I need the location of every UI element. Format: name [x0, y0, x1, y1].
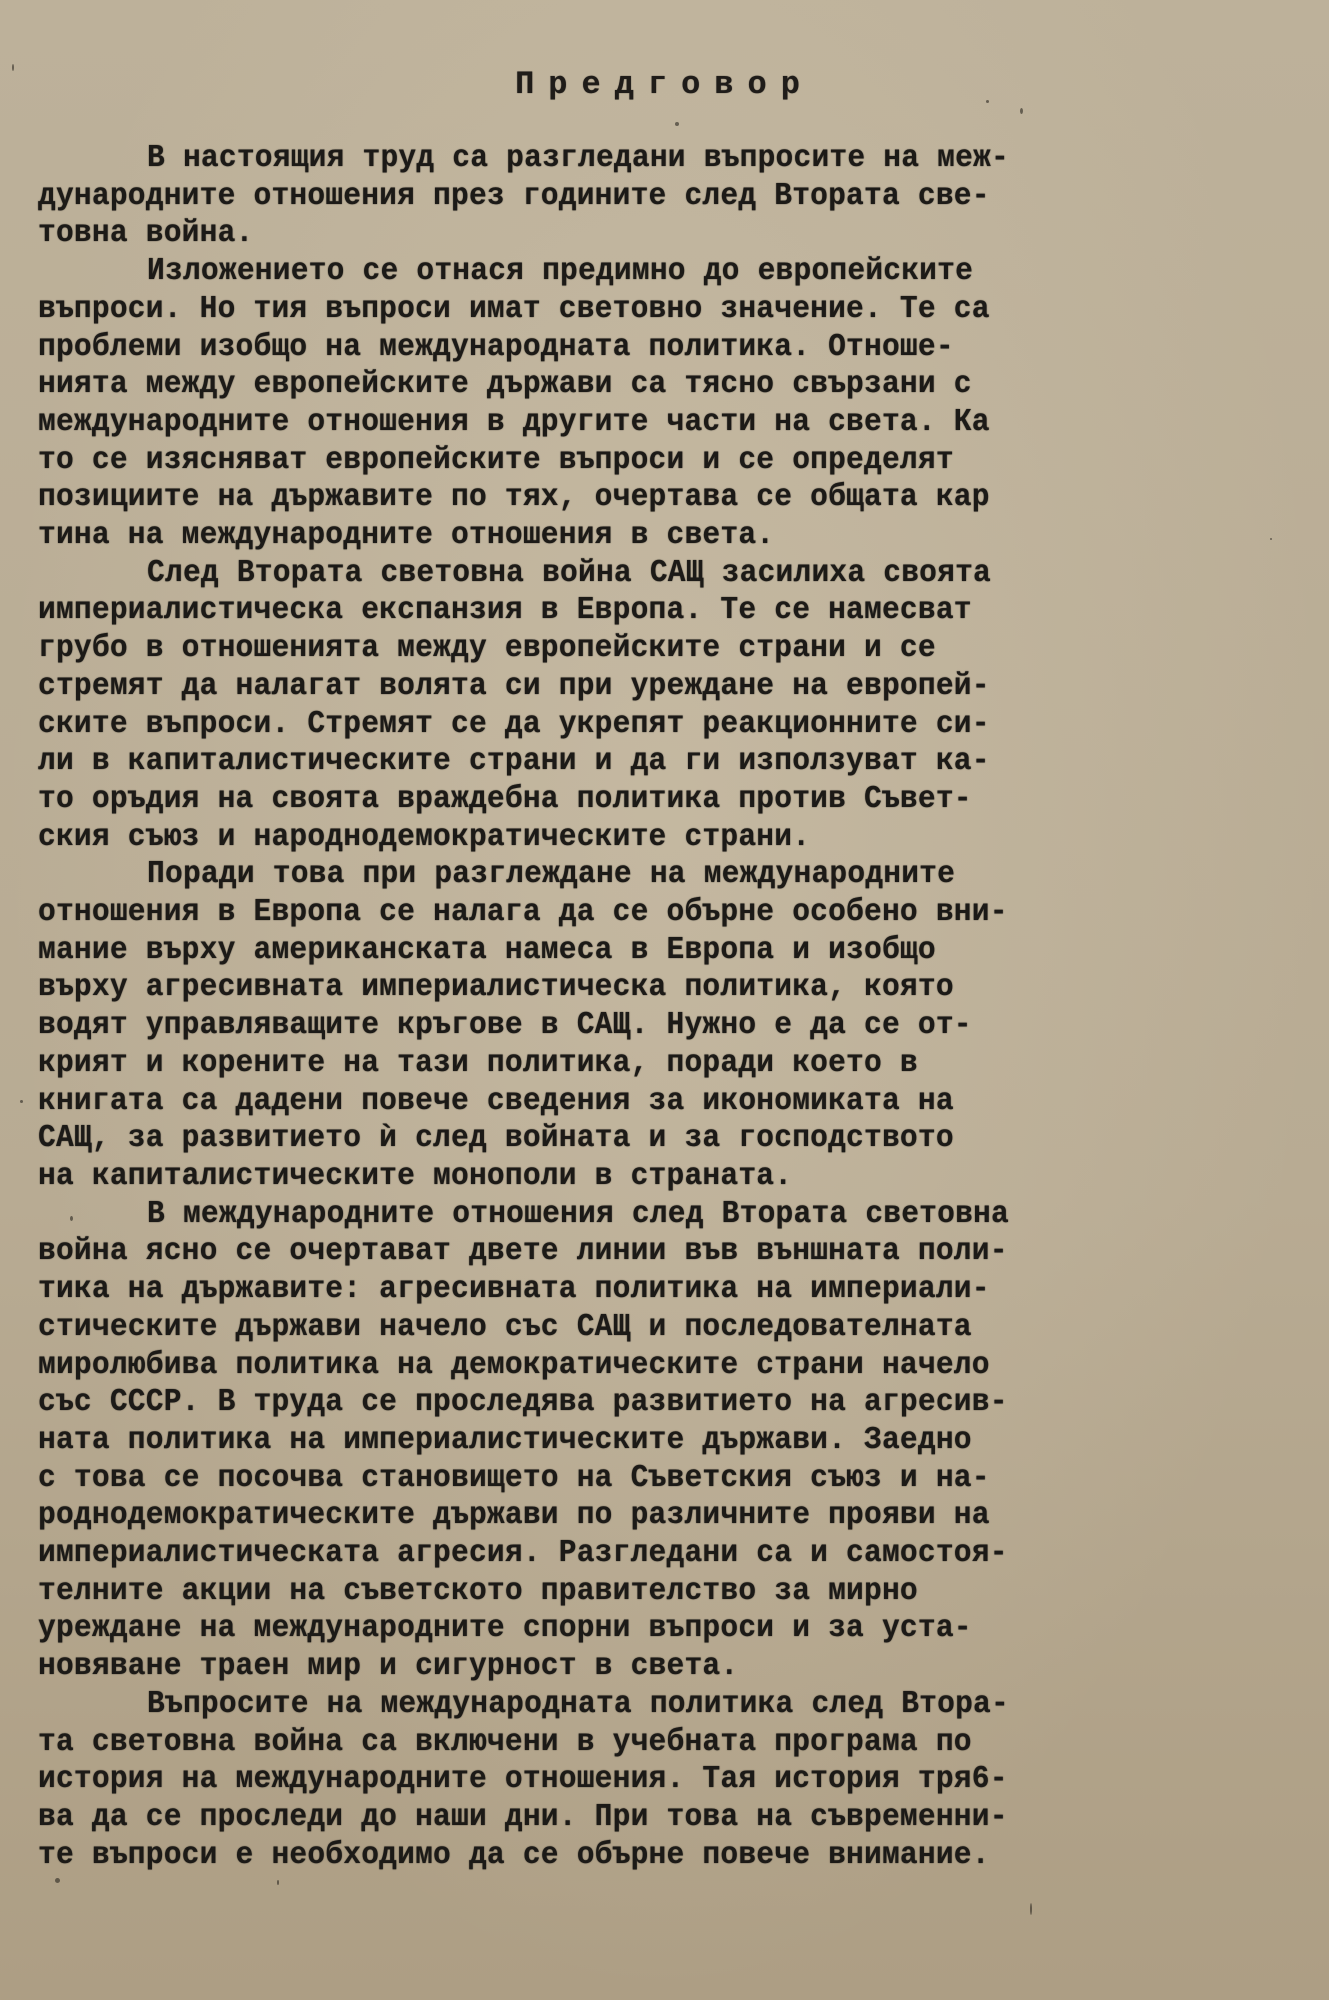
document-body: В настоящия труд са разгледани въпросите…	[38, 140, 1318, 1874]
text-line: мание върху американската намеса в Европ…	[38, 932, 1241, 970]
text-line: Изложението се отнася предимно до европе…	[38, 253, 1241, 291]
scanned-page: Предговор В настоящия труд са разгледани…	[0, 0, 1329, 2000]
text-line: САЩ, за развитието ѝ след войната и за г…	[38, 1120, 1241, 1158]
paper-speck	[277, 1880, 279, 1885]
text-line: миролюбива политика на демократическите …	[38, 1347, 1241, 1385]
text-line: уреждане на международните спорни въпрос…	[38, 1610, 1241, 1648]
text-line: книгата са дадени повече сведения за ико…	[38, 1083, 1241, 1121]
text-line: война ясно се очертават двете линии във …	[38, 1233, 1241, 1271]
paper-speck	[70, 1216, 73, 1221]
text-line: с това се посочва становището на Съветск…	[38, 1460, 1241, 1498]
paper-speck	[12, 64, 14, 71]
text-line: дународните отношения през годините след…	[38, 178, 1241, 216]
text-line: ва да се проследи до наши дни. При това …	[38, 1799, 1241, 1837]
text-line: След Втората световна война САЩ засилиха…	[38, 555, 1241, 593]
paper-speck	[20, 1100, 23, 1103]
text-line: международните отношения в другите части…	[38, 404, 1241, 442]
text-line: история на международните отношения. Тая…	[38, 1761, 1241, 1799]
text-line: товна война.	[38, 215, 1241, 253]
text-line: грубо в отношенията между европейските с…	[38, 630, 1241, 668]
text-line: роднодемократическите държави по различн…	[38, 1497, 1241, 1535]
text-line: ските въпроси. Стремят се да укрепят реа…	[38, 706, 1241, 744]
text-line: ната политика на империалистическите дър…	[38, 1422, 1241, 1460]
text-line: на капиталистическите монополи в странат…	[38, 1158, 1241, 1196]
text-line: нията между европейските държави са тясн…	[38, 366, 1241, 404]
text-line: тика на държавите: агресивната политика …	[38, 1271, 1241, 1309]
paper-speck	[1270, 538, 1272, 540]
text-line: Въпросите на международната политика сле…	[38, 1686, 1241, 1724]
paper-speck	[1030, 1903, 1032, 1915]
text-line: позициите на държавите по тях, очертава …	[38, 479, 1241, 517]
text-line: тина на международните отношения в света…	[38, 517, 1241, 555]
text-line: стремят да налагат волята си при уреждан…	[38, 668, 1241, 706]
text-line: те въпроси е необходимо да се обърне пов…	[38, 1837, 1241, 1875]
text-line: ли в капиталистическите страни и да ги и…	[38, 743, 1241, 781]
text-line: новяване траен мир и сигурност в света.	[38, 1648, 1241, 1686]
text-line: В международните отношения след Втората …	[38, 1196, 1241, 1234]
text-line: върху агресивната империалистическа поли…	[38, 969, 1241, 1007]
paper-speck	[986, 100, 989, 103]
paper-speck	[675, 122, 679, 126]
text-line: проблеми изобщо на международната полити…	[38, 329, 1241, 367]
page-title: Предговор	[0, 66, 1329, 103]
text-line: отношения в Европа се налага да се обърн…	[38, 894, 1241, 932]
text-line: империалистическа експанзия в Европа. Те…	[38, 592, 1241, 630]
text-line: водят управляващите кръгове в САЩ. Нужно…	[38, 1007, 1241, 1045]
text-line: то се изясняват европейските въпроси и с…	[38, 442, 1241, 480]
paper-speck	[55, 1878, 60, 1883]
text-line: въпроси. Но тия въпроси имат световно зн…	[38, 291, 1241, 329]
text-line: стическите държави начело със САЩ и посл…	[38, 1309, 1241, 1347]
paper-speck	[1020, 108, 1023, 114]
text-line: със СССР. В труда се проследява развитие…	[38, 1384, 1241, 1422]
text-line: империалистическата агресия. Разгледани …	[38, 1535, 1241, 1573]
text-line: то оръдия на своята враждебна политика п…	[38, 781, 1241, 819]
text-line: та световна война са включени в учебната…	[38, 1724, 1241, 1762]
text-line: В настоящия труд са разгледани въпросите…	[38, 140, 1241, 178]
text-line: Поради това при разглеждане на междунаро…	[38, 856, 1241, 894]
text-line: крият и корените на тази политика, порад…	[38, 1045, 1241, 1083]
text-line: телните акции на съветското правителство…	[38, 1573, 1241, 1611]
text-line: ския съюз и народнодемократическите стра…	[38, 819, 1241, 857]
